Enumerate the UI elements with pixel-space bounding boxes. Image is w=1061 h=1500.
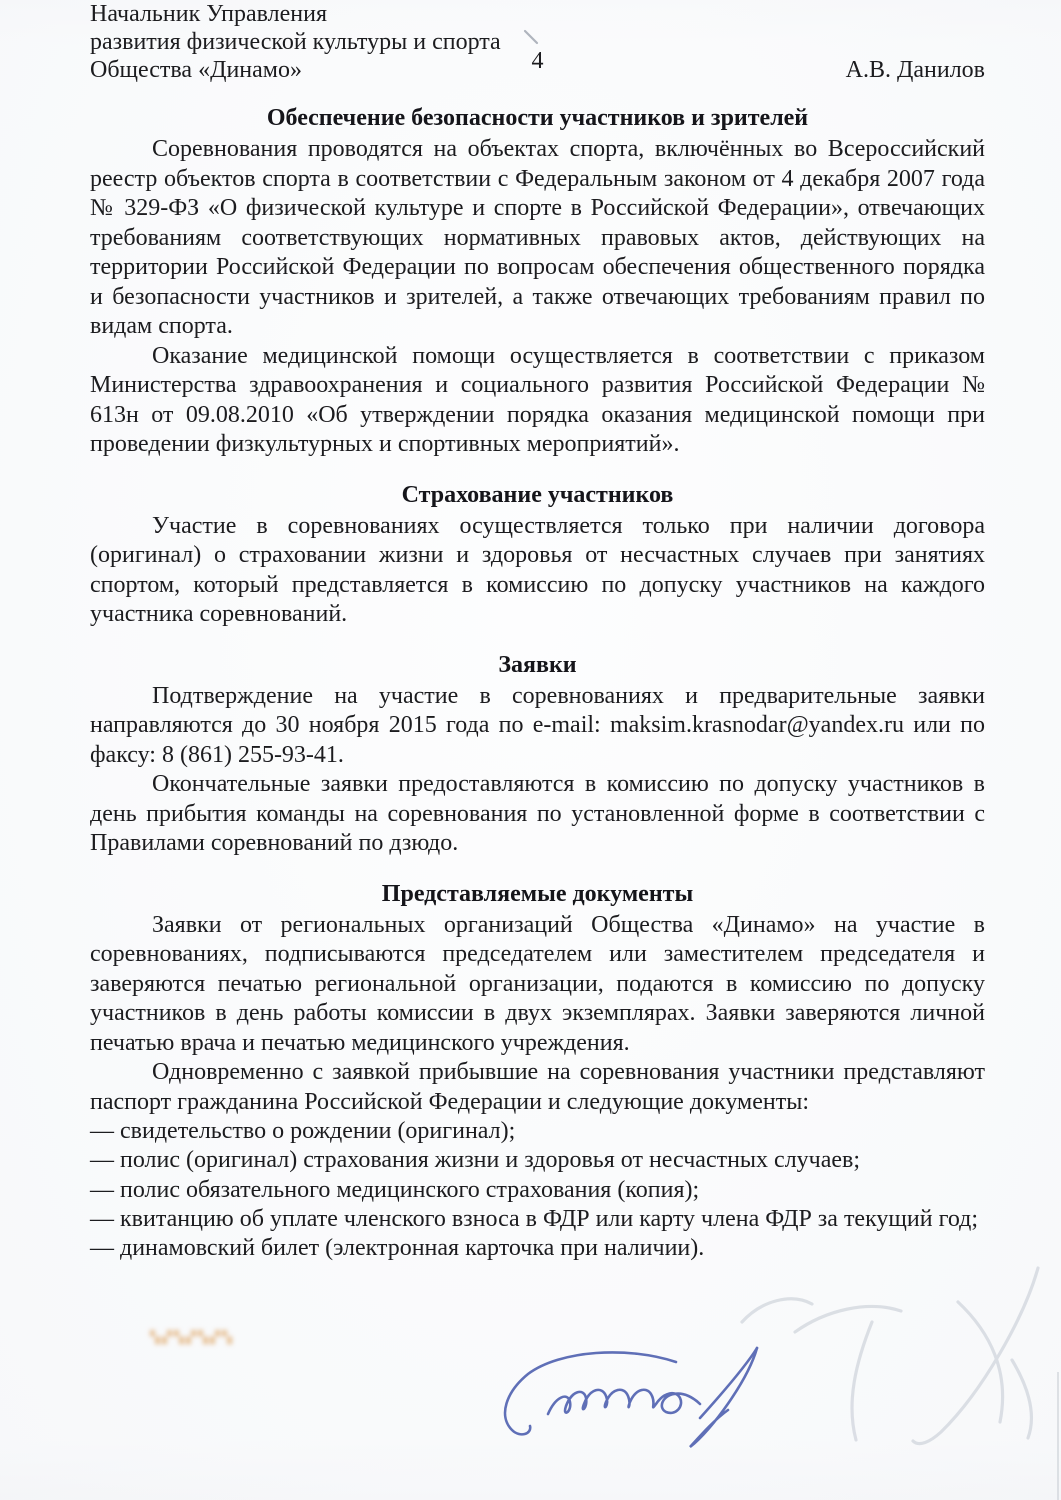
bleed-through-artifact: ▚▞▚▞▚▞▚	[150, 1330, 310, 1348]
section-heading-security: Обеспечение безопасности участников и зр…	[90, 103, 985, 133]
ghost-signature	[742, 1268, 1038, 1444]
scanned-document-page: 4 Обеспечение безопасности участников и …	[0, 0, 1061, 1500]
paragraph: Оказание медицинской помощи осуществляет…	[90, 342, 985, 460]
section-heading-documents: Представляемые документы	[90, 879, 985, 909]
paragraph: Подтверждение на участие в соревнованиях…	[90, 682, 985, 771]
paragraph: Одновременно с заявкой прибывшие на соре…	[90, 1058, 985, 1117]
handwritten-signature	[505, 1348, 757, 1447]
paragraph: Окончательные заявки предоставляются в к…	[90, 770, 985, 859]
paragraph: Заявки от региональных организаций Общес…	[90, 911, 985, 1059]
signer-position-line: развития физической культуры и спорта	[90, 28, 985, 56]
signer-position-line: Начальник Управления	[90, 0, 985, 28]
section-heading-insurance: Страхование участников	[90, 480, 985, 510]
document-list-item: — свидетельство о рождении (оригинал);	[90, 1117, 985, 1146]
signer-name: А.В. Данилов	[846, 56, 985, 84]
section-heading-applications: Заявки	[90, 650, 985, 680]
document-list-item: — полис (оригинал) страхования жизни и з…	[90, 1146, 985, 1175]
paragraph: Участие в соревнованиях осуществляется т…	[90, 512, 985, 630]
document-list-item: — динамовский билет (электронная карточк…	[90, 1234, 985, 1263]
document-list-item: — квитанцию об уплате членского взноса в…	[90, 1205, 985, 1234]
paragraph: Соревнования проводятся на объектах спор…	[90, 135, 985, 342]
document-body: 4 Обеспечение безопасности участников и …	[90, 0, 985, 1263]
scan-edge-line	[1057, 1372, 1059, 1500]
signature-block: Начальник Управления развития физической…	[90, 0, 985, 84]
document-list-item: — полис обязательного медицинского страх…	[90, 1176, 985, 1205]
